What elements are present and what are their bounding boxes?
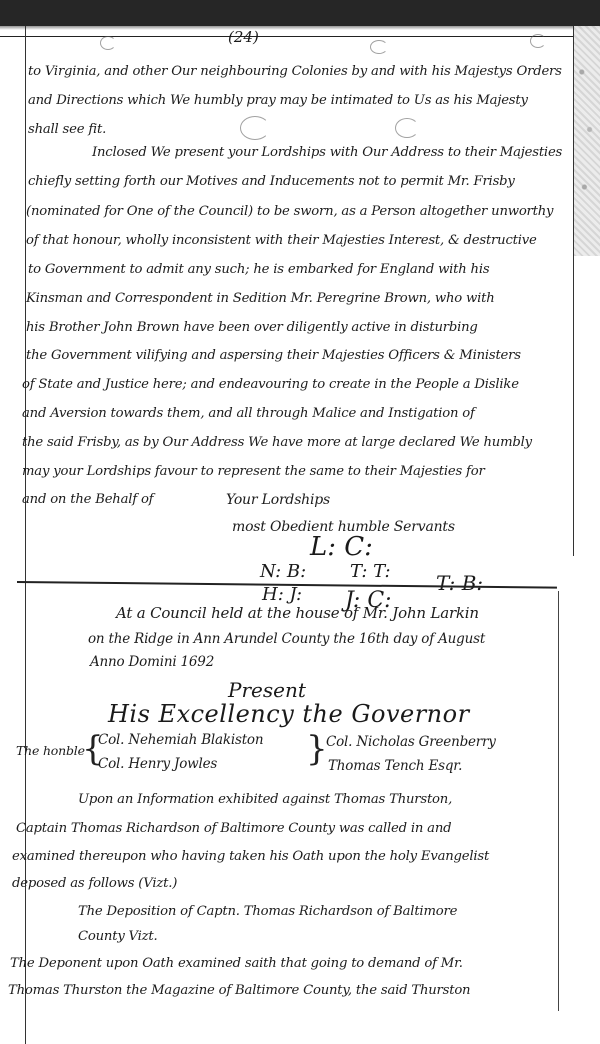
honorable-label: The honble [16, 743, 85, 758]
letter-line: and Aversion towards them, and all throu… [22, 406, 475, 421]
minutes-line: The Deponent upon Oath examined saith th… [10, 956, 463, 971]
flourish-icon [395, 118, 419, 138]
right-margin-rule-lower [558, 591, 559, 1011]
manuscript-page: (24) to Virginia, and other Our neighbou… [0, 26, 600, 1044]
top-rule [0, 36, 574, 37]
letter-line: the Government vilifying and aspersing t… [26, 348, 521, 363]
minutes-line: County Vizt. [78, 929, 158, 944]
member-right: Thomas Tench Esqr. [328, 758, 462, 774]
letter-line: to Virginia, and other Our neighbouring … [28, 64, 562, 79]
letter-line: (nominated for One of the Council) to be… [26, 204, 553, 219]
heading-line: Anno Domini 1692 [90, 654, 214, 670]
letter-line: chiefly setting forth our Motives and In… [28, 174, 515, 189]
member-right: Col. Nicholas Greenberry [326, 734, 496, 750]
flourish-icon [240, 116, 270, 140]
letter-line: of that honour, wholly inconsistent with… [26, 233, 537, 248]
minutes-line: Thomas Thurston the Magazine of Baltimor… [8, 983, 470, 998]
minutes-line: examined thereupon who having taken his … [12, 849, 489, 864]
signature: H: J: [262, 584, 302, 605]
heading-line: on the Ridge in Ann Arundel County the 1… [88, 631, 485, 647]
left-margin-rule [25, 26, 26, 1044]
governor-line: His Excellency the Governor [108, 700, 470, 728]
member-left: Col. Nehemiah Blakiston [98, 732, 263, 748]
minutes-line: Upon an Information exhibited against Th… [78, 792, 452, 807]
signature: N: B: [260, 561, 306, 582]
minutes-line: deposed as follows (Vizt.) [12, 876, 177, 891]
letter-line: of State and Justice here; and endeavour… [22, 377, 519, 392]
closing-salutation: Your Lordships [226, 492, 330, 508]
letter-line: the said Frisby, as by Our Address We ha… [22, 435, 532, 450]
letter-line: and on the Behalf of [22, 492, 153, 507]
signature-top: L: C: [310, 532, 373, 562]
letter-line: his Brother John Brown have been over di… [26, 320, 478, 335]
letter-line: shall see fit. [28, 122, 106, 137]
present-label: Present [228, 678, 306, 702]
signature: T: T: [350, 561, 391, 582]
flourish-icon [370, 40, 388, 54]
minutes-line: Captain Thomas Richardson of Baltimore C… [16, 821, 451, 836]
right-margin-rule [573, 26, 574, 556]
flourish-icon [530, 34, 546, 48]
letter-line: and Directions which We humbly pray may … [28, 93, 528, 108]
heading-line: At a Council held at the house of Mr. Jo… [116, 604, 479, 622]
signature: T: B: [436, 571, 483, 595]
letter-line: may your Lordships favour to represent t… [22, 464, 485, 479]
flourish-icon [100, 36, 116, 50]
member-left: Col. Henry Jowles [98, 756, 217, 772]
letter-line: Inclosed We present your Lordships with … [92, 145, 562, 160]
letter-line: to Government to admit any such; he is e… [28, 262, 489, 277]
right-brace: } [306, 732, 328, 766]
minutes-line: The Deposition of Captn. Thomas Richards… [78, 904, 457, 919]
page-number: (24) [228, 28, 259, 46]
letter-line: Kinsman and Correspondent in Sedition Mr… [26, 291, 495, 306]
